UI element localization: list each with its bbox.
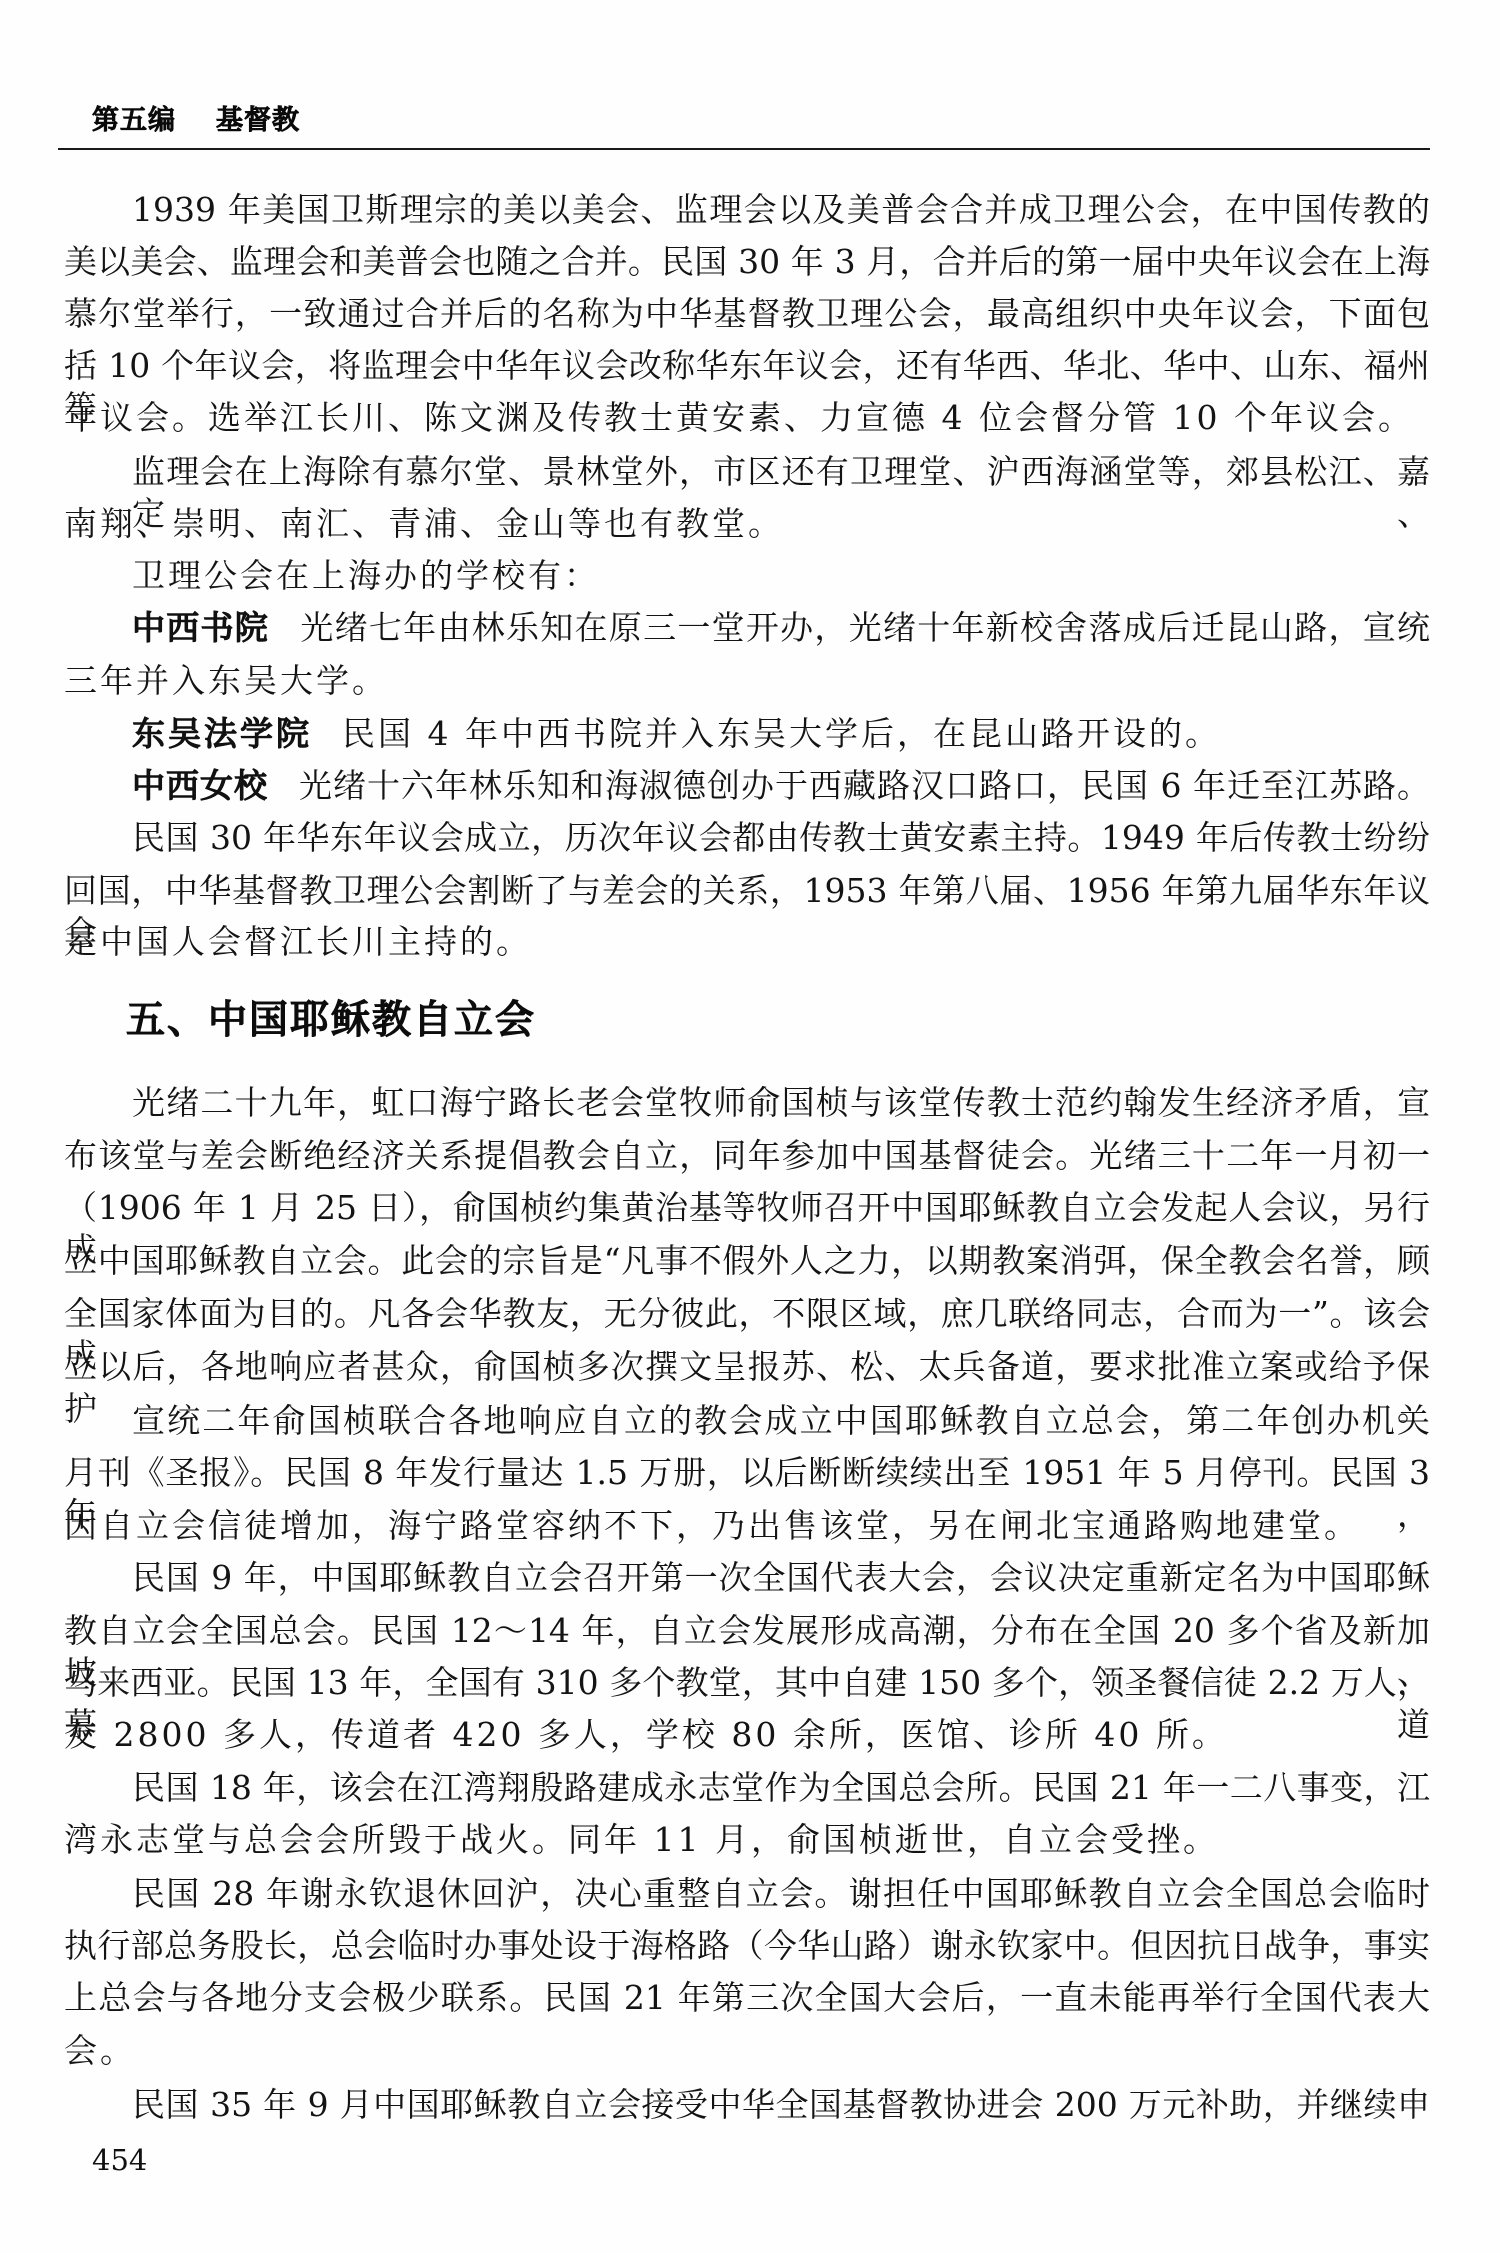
document-page: 第五编基督教 1939 年美国卫斯理宗的美以美会、监理会以及美普会合并成卫理公会… [0,0,1500,2253]
header-rule [58,148,1430,150]
text-line: 年议会。选举江长川、陈文渊及传教士黄安素、力宣德 4 位会督分管 10 个年议会… [64,397,1430,439]
text-line: 湾永志堂与总会会所毁于战火。同年 11 月，俞国桢逝世，自立会受挫。 [64,1819,1430,1861]
text-line: 美以美会、监理会和美普会也随之合并。民国 30 年 3 月，合并后的第一届中央年… [64,241,1430,283]
text-line: 因自立会信徒增加，海宁路堂容纳不下，乃出售该堂，另在闸北宝通路购地建堂。 [64,1505,1430,1547]
text-line: 全国家体面为目的。凡各会华教友，无分彼此，不限区域，庶几联络同志，合而为一”。该… [64,1293,1430,1335]
text-line: 宣统二年俞国桢联合各地响应自立的教会成立中国耶稣教自立总会，第二年创办机关 [64,1400,1430,1442]
text-line: 慕尔堂举行，一致通过合并后的名称为中华基督教卫理公会，最高组织中央年议会，下面包 [64,293,1430,335]
text-line: 友 2800 多人，传道者 420 多人，学校 80 余所，医馆、诊所 40 所… [64,1714,1430,1756]
text-line: 回国，中华基督教卫理公会割断了与差会的关系，1953 年第八届、1956 年第九… [64,870,1430,912]
text-line: 民国 28 年谢永钦退休回沪，决心重整自立会。谢担任中国耶稣教自立会全国总会临时 [64,1873,1430,1915]
text-line: 民国 30 年华东年议会成立，历次年议会都由传教士黄安素主持。1949 年后传教… [64,817,1430,859]
text-line: 会。 [64,2030,1430,2072]
school-entry-line: 中西书院光绪七年由林乐知在原三一堂开办，光绪十年新校舍落成后迁昆山路，宣统 [64,607,1430,649]
text-line: （1906 年 1 月 25 日），俞国桢约集黄治基等牧师召开中国耶稣教自立会发… [64,1187,1430,1229]
text-line: 1939 年美国卫斯理宗的美以美会、监理会以及美普会合并成卫理公会，在中国传教的 [64,189,1430,231]
running-head-title: 基督教 [216,104,300,138]
text-line: 教自立会全国总会。民国 12～14 年，自立会发展形成高潮，分布在全国 20 多… [64,1610,1430,1652]
text-line: 南翔、崇明、南汇、青浦、金山等也有教堂。 [64,503,1430,545]
text-line: 马来西亚。民国 13 年，全国有 310 多个教堂，其中自建 150 多个，领圣… [64,1662,1430,1704]
text-line: 监理会在上海除有慕尔堂、景林堂外，市区还有卫理堂、沪西海涵堂等，郊县松江、嘉定、 [64,451,1430,493]
text-line: 民国 35 年 9 月中国耶稣教自立会接受中华全国基督教协进会 200 万元补助… [64,2084,1430,2126]
text-line: 立以后，各地响应者甚众，俞国桢多次撰文呈报苏、松、太兵备道，要求批准立案或给予保… [64,1346,1430,1388]
text-line: 是中国人会督江长川主持的。 [64,921,1430,963]
text-line: 卫理公会在上海办的学校有： [64,555,1430,597]
text-line: 月刊《圣报》。民国 8 年发行量达 1.5 万册，以后断断续续出至 1951 年… [64,1452,1430,1494]
text-line: 民国 9 年，中国耶稣教自立会召开第一次全国代表大会，会议决定重新定名为中国耶稣 [64,1557,1430,1599]
school-name: 中西书院 [132,608,269,647]
text-line: 光绪二十九年，虹口海宁路长老会堂牧师俞国桢与该堂传教士范约翰发生经济矛盾，宣 [64,1082,1430,1124]
text-line: 执行部总务股长，总会临时办事处设于海格路（今华山路）谢永钦家中。但因抗日战争，事… [64,1925,1430,1967]
text-line: 布该堂与差会断绝经济关系提倡教会自立，同年参加中国基督徒会。光绪三十二年一月初一 [64,1135,1430,1177]
school-name: 东吴法学院 [132,714,312,753]
school-entry-line: 东吴法学院民国 4 年中西书院并入东吴大学后，在昆山路开设的。 [64,713,1430,755]
text-line: 上总会与各地分支会极少联系。民国 21 年第三次全国大会后，一直未能再举行全国代… [64,1977,1430,2019]
section-heading: 五、中国耶稣教自立会 [126,996,536,1046]
school-name: 中西女校 [132,766,268,805]
text-line: 三年并入东吴大学。 [64,660,1430,702]
text-line: 民国 18 年，该会在江湾翔殷路建成永志堂作为全国总会所。民国 21 年一二八事… [64,1767,1430,1809]
text-line: 括 10 个年议会，将监理会中华年议会改称华东年议会，还有华西、华北、华中、山东… [64,345,1430,387]
running-head: 第五编基督教 [92,104,300,138]
school-entry-line: 中西女校光绪十六年林乐知和海淑德创办于西藏路汉口路口，民国 6 年迁至江苏路。 [64,765,1430,807]
page-number: 454 [92,2143,147,2177]
running-head-part: 第五编 [92,104,176,138]
text-line: 立中国耶稣教自立会。此会的宗旨是“凡事不假外人之力，以期教案消弭，保全教会名誉，… [64,1240,1430,1282]
